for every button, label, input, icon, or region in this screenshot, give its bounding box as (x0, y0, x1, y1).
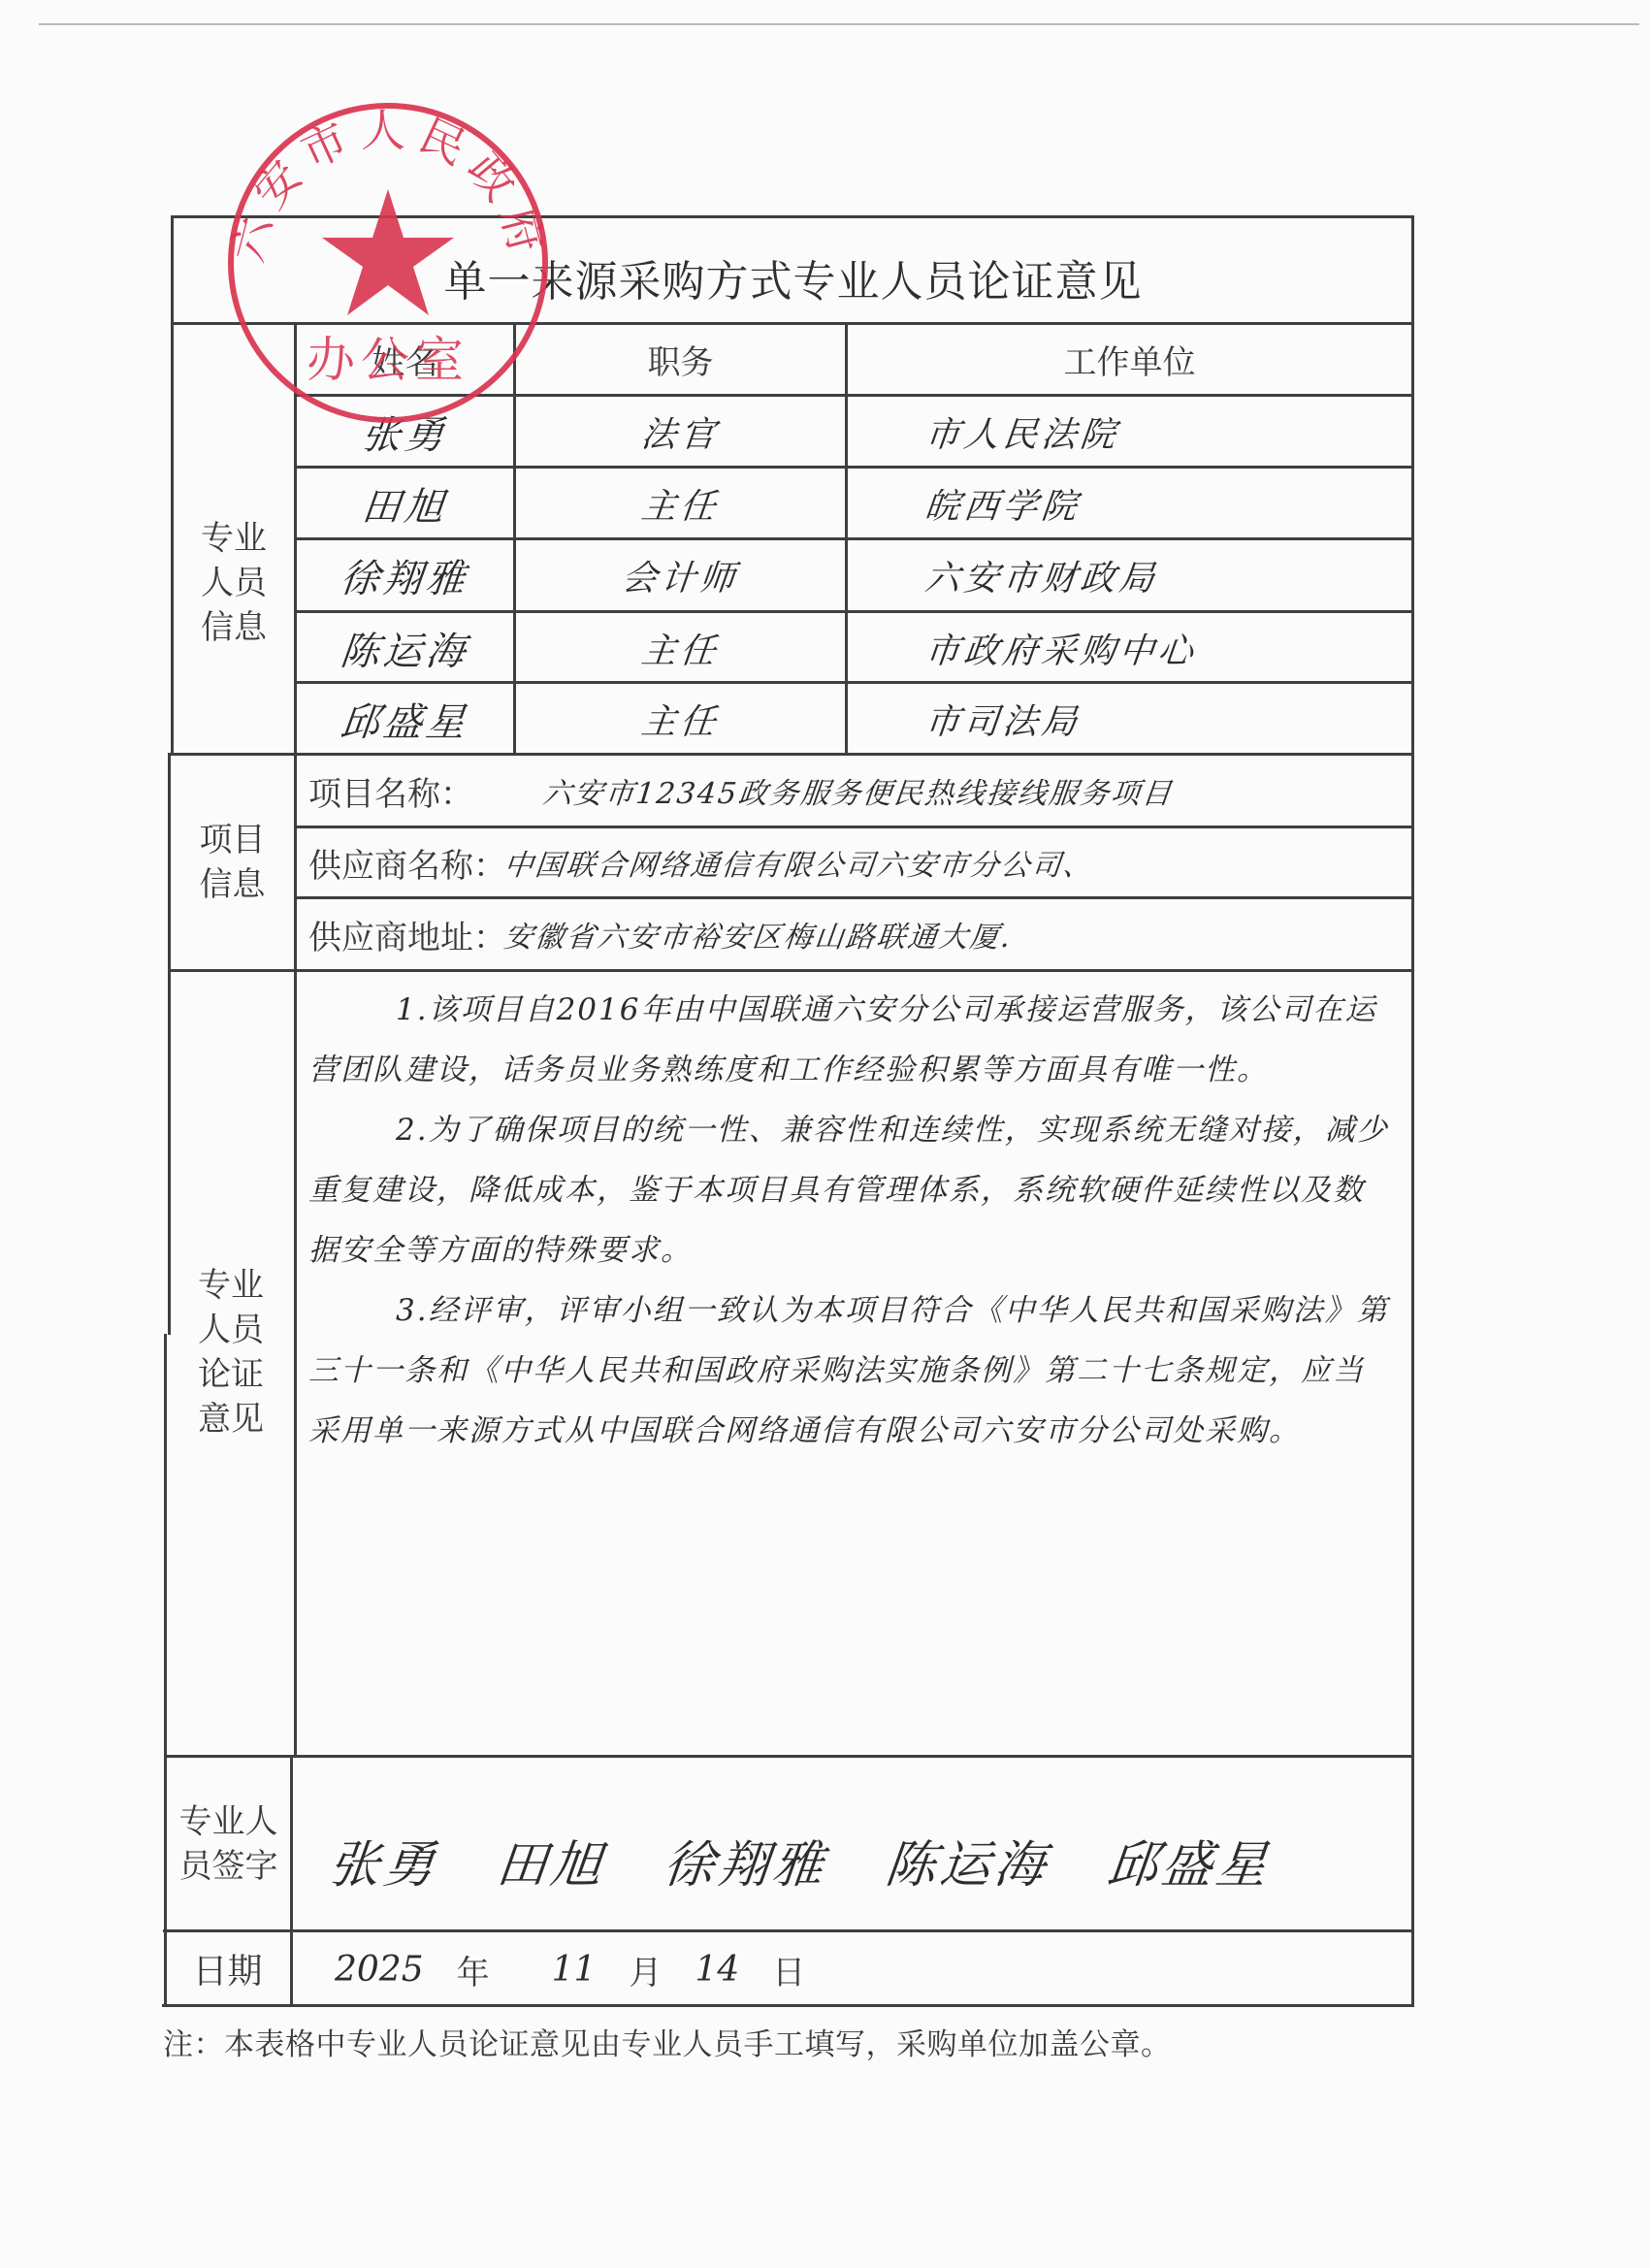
table-row-name: 徐翔雅 (293, 541, 516, 610)
opinion-text: 1.该项目自2016年由中国联通六安分公司承接运营服务，该公司在运营团队建设，话… (308, 980, 1395, 1461)
label-line: 信息 (200, 862, 266, 907)
project-field-value: 六安市12345政务服务便民热线接线服务项目 (501, 756, 1410, 826)
date-day: 14 (695, 1950, 739, 1990)
table-row-position: 会计师 (512, 541, 848, 610)
footnote: 注：本表格中专业人员论证意见由专业人员手工填写，采购单位加盖公章。 (163, 2020, 1172, 2063)
table-row-unit: 市政府采购中心 (844, 614, 1414, 683)
label-line: 人员 (198, 1308, 264, 1352)
signature: 陈运海 (883, 1824, 1053, 1896)
project-section-label: 项目 信息 (171, 756, 294, 969)
table-row-name: 田旭 (293, 470, 516, 538)
table-row-position: 主任 (512, 685, 848, 754)
column-header-position: 职务 (516, 325, 845, 394)
label-line: 员签字 (179, 1844, 278, 1889)
opinion-paragraph: 2.为了确保项目的统一性、兼容性和连续性，实现系统无缝对接，减少重复建设，降低成… (308, 1100, 1395, 1280)
table-row-position: 主任 (512, 470, 848, 538)
opinion-paragraph: 1.该项目自2016年由中国联通六安分公司承接运营服务，该公司在运营团队建设，话… (308, 980, 1395, 1100)
opinion-section-label: 专业 人员 论证 意见 (168, 972, 294, 1755)
personnel-header-bottom (295, 394, 1414, 397)
date-value: 2025 年 11 月 14 日 (335, 1940, 805, 1998)
table-row-position: 主任 (512, 614, 848, 683)
table-row-name: 张勇 (293, 398, 516, 467)
date-month: 11 (552, 1950, 597, 1990)
label-line: 专业 (201, 516, 267, 561)
scan-edge-line (39, 23, 1639, 25)
project-field-value: 中国联合网络通信有限公司六安市分公司、 (501, 828, 1409, 896)
opinion-section-bottom (165, 1755, 1414, 1758)
table-row-name: 邱盛星 (293, 685, 516, 754)
signature: 张勇 (326, 1824, 442, 1896)
table-row-name: 陈运海 (293, 614, 516, 683)
label-line: 人员 (201, 561, 267, 605)
date-day-unit: 日 (772, 1946, 805, 1993)
label-line: 意见 (198, 1397, 264, 1442)
signatures: 张勇 田旭 徐翔雅 陈运海 邱盛星 (326, 1824, 1313, 1896)
label-line: 专业 (198, 1263, 264, 1308)
signature: 邱盛星 (1104, 1824, 1275, 1896)
label-line: 专业人 (179, 1799, 278, 1844)
column-header-unit: 工作单位 (848, 325, 1411, 394)
project-field-label: 供应商名称： (297, 828, 530, 896)
signature-section-label: 专业人 员签字 (167, 1758, 290, 1929)
project-field-label: 项目名称： (297, 756, 530, 826)
signature-section-bottom (163, 1929, 1414, 1932)
table-row-unit: 皖西学院 (844, 470, 1414, 538)
label-line: 信息 (201, 605, 267, 650)
table-border-top (172, 215, 1414, 218)
personnel-row-line (295, 610, 1414, 613)
document-title: 单一来源采购方式专业人员论证意见 (175, 219, 1411, 322)
date-year-unit: 年 (457, 1946, 490, 1993)
label-line: 项目 (200, 818, 266, 862)
date-label: 日期 (165, 1932, 290, 2004)
project-field-value: 安徽省六安市裕安区梅山路联通大厦. (501, 899, 1410, 969)
project-field-label: 供应商地址： (297, 899, 530, 969)
table-row-unit: 六安市财政局 (844, 541, 1414, 610)
date-month-unit: 月 (629, 1946, 662, 1993)
table-row-position: 法官 (512, 398, 848, 467)
project-section-bottom (168, 969, 1414, 972)
table-row-unit: 市司法局 (844, 685, 1414, 754)
table-row-unit: 市人民法院 (844, 398, 1414, 467)
personnel-section-label: 专业 人员 信息 (174, 325, 294, 753)
opinion-paragraph: 3.经评审，评审小组一致认为本项目符合《中华人民共和国采购法》第三十一条和《中华… (308, 1280, 1395, 1461)
signature: 徐翔雅 (661, 1824, 831, 1896)
label-column-divider (290, 1755, 293, 2007)
date-year: 2025 (335, 1950, 424, 1990)
label-line: 论证 (198, 1352, 264, 1397)
signature: 田旭 (494, 1824, 610, 1896)
table-border-bottom (162, 2004, 1414, 2007)
column-header-name: 姓名 (297, 325, 513, 394)
